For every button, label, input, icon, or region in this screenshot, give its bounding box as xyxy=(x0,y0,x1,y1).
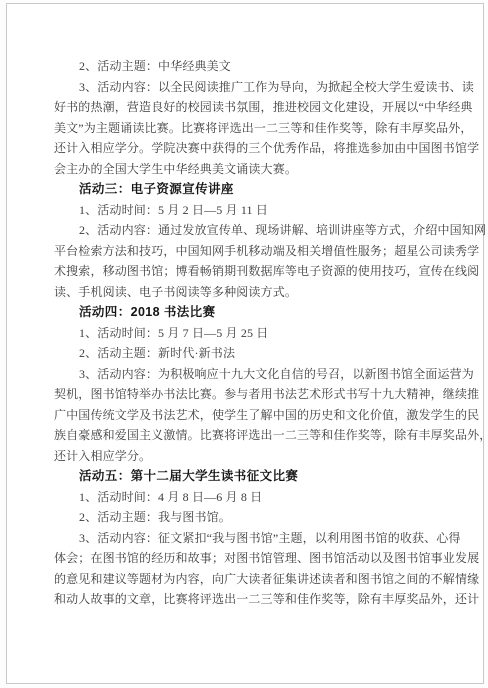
document-line: 1、活动时间：5 月 2 日—5 月 11 日 xyxy=(54,200,468,221)
document-line: 会主办的全国大学生中华经典美文诵读大赛。 xyxy=(54,159,468,180)
document-body: 2、活动主题：中华经典美文3、活动内容：以全民阅读推广工作为导向，为掀起全校大学… xyxy=(54,56,468,610)
document-line: 读、手机阅读、电子书阅读等多种阅读方式。 xyxy=(54,282,468,303)
activity-heading: 活动四：2018 书法比赛 xyxy=(54,302,468,323)
document-line: 2、活动内容：通过发放宣传单、现场讲解、培训讲座等方式，介绍中国知网 xyxy=(54,220,468,241)
document-line: 3、活动内容：以全民阅读推广工作为导向，为掀起全校大学生爱读书、读 xyxy=(54,77,468,98)
document-line: 2、活动主题：中华经典美文 xyxy=(54,56,468,77)
document-line: 族自豪感和爱国主义激情。比赛将评选出一二三等和佳作奖等，除有丰厚奖品外， xyxy=(54,425,468,446)
document-line: 好书的热潮，营造良好的校园读书氛围，推进校园文化建设，开展以“中华经典 xyxy=(54,97,468,118)
document-line: 还计入相应学分。学院决赛中获得的三个优秀作品，将推选参加由中国图书馆学 xyxy=(54,138,468,159)
document-line: 3、活动内容：为积极响应十九大文化自信的号召，以新图书馆全面运营为 xyxy=(54,364,468,385)
document-line: 1、活动时间：4 月 8 日—6 月 8 日 xyxy=(54,487,468,508)
document-line: 2、活动主题：我与图书馆。 xyxy=(54,507,468,528)
document-line: 契机，图书馆特举办书法比赛。参与者用书法艺术形式书写十九大精神，继续推 xyxy=(54,384,468,405)
document-screenshot: 2、活动主题：中华经典美文3、活动内容：以全民阅读推广工作为导向，为掀起全校大学… xyxy=(0,0,488,688)
document-line: 体会；在图书馆的经历和故事；对图书馆管理、图书馆活动以及图书馆事业发展 xyxy=(54,548,468,569)
document-line: 3、活动内容：征文紧扣“我与图书馆”主题，以利用图书馆的收获、心得 xyxy=(54,528,468,549)
document-line: 和动人故事的文章，比赛将评选出一二三等和佳作奖等，除有丰厚奖品外，还计 xyxy=(54,589,468,610)
activity-heading: 活动五：第十二届大学生读书征文比赛 xyxy=(54,466,468,487)
document-line: 广中国传统文学及书法艺术，使学生了解中国的历史和文化价值，激发学生的民 xyxy=(54,405,468,426)
document-line: 还计入相应学分。 xyxy=(54,446,468,467)
activity-heading: 活动三：电子资源宣传讲座 xyxy=(54,179,468,200)
document-line: 2、活动主题：新时代·新书法 xyxy=(54,343,468,364)
document-line: 术搜索，移动图书馆；博看畅销期刊数据库等电子资源的使用技巧，宣传在线阅 xyxy=(54,261,468,282)
document-line: 平台检索方法和技巧，中国知网手机移动端及相关增值性服务；超星公司读秀学 xyxy=(54,241,468,262)
document-line: 美文”为主题诵读比赛。比赛将评选出一二三等和佳作奖等，除有丰厚奖品外， xyxy=(54,118,468,139)
document-page: 2、活动主题：中华经典美文3、活动内容：以全民阅读推广工作为导向，为掀起全校大学… xyxy=(6,3,484,684)
document-line: 1、活动时间：5 月 7 日—5 月 25 日 xyxy=(54,323,468,344)
document-line: 的意见和建议等题材为内容，向广大读者征集讲述读者和图书馆之间的不解情缘 xyxy=(54,569,468,590)
